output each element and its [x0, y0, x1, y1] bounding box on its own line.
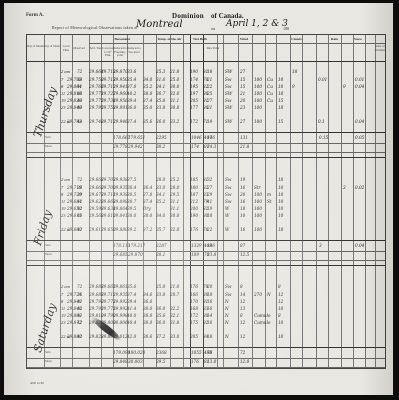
reading-cell: 35.6 — [143, 119, 152, 124]
reading-cell: 29.880 — [113, 227, 128, 232]
header-dew-point: Dew Point — [203, 47, 223, 51]
reading-cell: 27 — [240, 119, 245, 124]
total-cell: 146 — [207, 135, 215, 140]
reading-cell: 29.956 — [113, 98, 128, 103]
total-cell: 29.685 — [113, 252, 128, 257]
reading-cell: 37.4 — [127, 119, 136, 124]
reading-cell: 34 — [77, 77, 82, 82]
reading-cell: 34.0 — [156, 213, 165, 218]
reading-cell: SW — [225, 105, 232, 110]
reading-cell: 12 — [240, 299, 245, 304]
totals-label: Mean — [45, 252, 52, 256]
total-cell: 186 — [207, 243, 215, 248]
reading-cell: 10 — [278, 334, 283, 339]
reading-cell: 8 — [240, 313, 243, 318]
reading-cell: 100 — [254, 199, 262, 204]
reading-cell: 166 — [190, 292, 198, 297]
row-time: 19 — [61, 98, 66, 103]
totals-row-rule — [27, 152, 385, 153]
reading-cell: Cu — [267, 84, 273, 89]
total-cell: 180.020 — [128, 350, 145, 355]
reading-cell: 20 — [240, 192, 245, 197]
reading-cell: 34.1 — [156, 84, 165, 89]
reading-cell: 27 — [240, 69, 245, 74]
total-cell: 174 — [191, 144, 199, 149]
reading-cell: 37.5 — [127, 177, 136, 182]
row-time: 11 — [61, 91, 65, 96]
total-cell: 29.848 — [113, 359, 128, 364]
header-day-of-week: Day of Week — [44, 45, 60, 49]
total-cell: 2287 — [156, 243, 167, 248]
reading-cell: 32 — [207, 177, 212, 182]
reading-cell: 38.4 — [127, 185, 136, 190]
reading-cell: 168 — [190, 306, 198, 311]
reading-cell: 33.0 — [170, 334, 179, 339]
reading-cell: 12 — [240, 334, 245, 339]
reading-cell: 22 — [207, 84, 212, 89]
reading-cell: 205 — [190, 98, 198, 103]
reading-cell: 29.998 — [113, 313, 128, 318]
reading-cell: 38.0 — [143, 91, 152, 96]
total-cell: 29.778 — [113, 144, 128, 149]
reading-cell: 27 — [207, 185, 212, 190]
reading-cell: 29.870 — [113, 69, 128, 74]
reading-cell: N — [225, 334, 229, 339]
reading-cell: 270 — [254, 292, 262, 297]
reading-cell: 10 — [278, 213, 283, 218]
total-cell: 0.15 — [319, 135, 328, 140]
reading-cell: Dry — [143, 206, 151, 211]
reading-cell: 41 — [77, 84, 82, 89]
column-rule — [265, 35, 266, 368]
column-rule — [365, 35, 366, 368]
reading-cell: 29.992 — [113, 306, 128, 311]
reading-cell: 38.0 — [143, 213, 152, 218]
reading-cell: 44 — [77, 105, 82, 110]
reading-cell: 23 — [240, 105, 245, 110]
reading-cell: 35.6 — [127, 284, 136, 289]
reading-cell: 190 — [190, 69, 198, 74]
reading-cell: 19 — [207, 206, 212, 211]
reading-cell: 38 — [77, 185, 82, 190]
reading-cell: 175 — [190, 320, 198, 325]
observation-date: April 1, 2 & 3 — [226, 19, 288, 29]
reading-cell: 31.1 — [170, 98, 179, 103]
column-rule — [252, 35, 253, 368]
reading-cell: Sw — [225, 185, 231, 190]
total-cell: 78 — [207, 350, 212, 355]
reading-cell: Sw — [225, 84, 231, 89]
reading-cell: 21 — [240, 91, 245, 96]
reading-cell: 40.2 — [127, 91, 136, 96]
row-time: 11 — [61, 199, 65, 204]
reading-cell: 41 — [77, 313, 82, 318]
reading-cell: 28.0 — [156, 177, 165, 182]
totals-label: Mean — [45, 359, 52, 363]
reading-cell: Sw — [225, 292, 231, 297]
reading-cell: 35 — [77, 292, 82, 297]
total-cell: 72 — [240, 350, 245, 355]
reading-cell: 37.2 — [156, 334, 165, 339]
reading-cell: Cu — [267, 91, 273, 96]
reading-cell: 35.7 — [156, 227, 165, 232]
reading-cell: 197 — [190, 91, 198, 96]
reading-cell: 36.0 — [156, 306, 165, 311]
total-cell: 29.942 — [128, 144, 143, 149]
reading-cell: 190 — [190, 213, 198, 218]
reading-cell: 44 — [77, 119, 82, 124]
reading-cell: 38.0 — [143, 320, 152, 325]
reading-cell: 38.0 — [127, 213, 136, 218]
total-cell: 38.2 — [156, 144, 165, 149]
reading-cell: 38.0 — [143, 313, 152, 318]
reading-cell: N — [225, 306, 229, 311]
total-cell: 131 — [240, 135, 248, 140]
reading-cell: 9 — [292, 84, 295, 89]
reading-cell: 16 — [240, 199, 245, 204]
reading-cell: 0.04 — [355, 84, 364, 89]
total-cell: 12.0 — [240, 359, 249, 364]
reading-cell: 42 — [77, 206, 82, 211]
header-wind: Wind — [223, 37, 265, 41]
reading-cell: 30.006 — [113, 320, 128, 325]
total-cell: 38.1 — [156, 252, 165, 257]
reading-cell: 29 — [207, 192, 212, 197]
column-rule — [276, 35, 277, 368]
reading-cell: 37.4 — [143, 199, 152, 204]
reading-cell: 34.6 — [143, 292, 152, 297]
reading-cell: 35.0 — [143, 105, 152, 110]
total-cell: 1055 — [191, 350, 202, 355]
reading-cell: 15 — [240, 77, 245, 82]
reading-cell: Sw — [225, 192, 231, 197]
header-snow: Snow — [341, 37, 375, 41]
column-rule — [375, 35, 376, 368]
reading-cell: 40.4 — [127, 320, 136, 325]
reading-cell: 32.1 — [170, 313, 179, 318]
reading-cell: 176 — [190, 227, 198, 232]
reading-cell: 20 — [240, 98, 245, 103]
reading-cell: 35.2 — [143, 84, 152, 89]
day-separator — [27, 265, 385, 266]
reading-cell: 10 — [278, 91, 283, 96]
date-prefix: on — [211, 26, 215, 31]
reading-cell: 29.941 — [113, 84, 128, 89]
reading-cell: W — [225, 213, 229, 218]
total-cell: 1329 — [191, 243, 202, 248]
reading-cell: 3 — [343, 185, 346, 190]
column-rule — [353, 35, 354, 368]
reading-cell: 19 — [240, 177, 245, 182]
reading-cell: 40.0 — [127, 313, 136, 318]
column-rule — [316, 35, 317, 368]
reading-cell: 10 — [278, 306, 283, 311]
row-time: 2 am — [61, 177, 70, 182]
reading-cell: 16 — [207, 299, 212, 304]
observation-table: BarometerTemp. of the AirWet BulbDay of … — [26, 34, 386, 369]
reading-cell: Cu — [267, 77, 273, 82]
reading-cell: N — [225, 320, 229, 325]
total-cell: 21.8 — [240, 144, 249, 149]
total-cell: 2368 — [156, 350, 167, 355]
column-rule — [328, 35, 329, 368]
reading-cell: 18 — [207, 69, 212, 74]
total-cell: 24.3 — [207, 144, 216, 149]
reading-cell: 15 — [278, 119, 283, 124]
reading-cell: 31.6 — [156, 77, 165, 82]
reading-cell: 18 — [207, 213, 212, 218]
reading-cell: Sw — [225, 98, 231, 103]
header-bottom-rule — [27, 61, 385, 62]
reading-cell: 41.4 — [127, 306, 136, 311]
row-time: 8 — [61, 192, 63, 197]
reading-cell: 0.01 — [355, 77, 364, 82]
reading-cell: 174 — [190, 77, 198, 82]
row-time: 8 — [61, 299, 63, 304]
reading-cell: 100 — [254, 84, 262, 89]
total-cell: 3 — [319, 243, 322, 248]
total-cell: 176 — [191, 359, 199, 364]
reading-cell: N — [267, 292, 271, 297]
reading-cell: 100 — [254, 213, 262, 218]
reading-cell: 31.8 — [170, 320, 179, 325]
header-barometer-sub: Reduced to Freezing-point — [113, 47, 127, 58]
reading-cell: Cumulo — [254, 320, 270, 325]
header-day-of-month: Day of Month — [27, 45, 44, 49]
reading-cell: 72 — [77, 284, 82, 289]
reading-cell: SW — [225, 91, 232, 96]
reading-cell: 29.938 — [113, 192, 128, 197]
station-name: Montreal — [136, 19, 183, 30]
reading-cell: 39.5 — [127, 206, 136, 211]
reading-cell: 18 — [207, 292, 212, 297]
header-air-temp: Temp. of the Air — [156, 37, 183, 41]
total-cell: 23.8 — [207, 252, 216, 257]
reading-cell: 18 — [278, 227, 283, 232]
reading-cell: 212 — [190, 199, 198, 204]
totals-label: Mean — [45, 144, 52, 148]
reading-cell: 10 — [278, 84, 283, 89]
reading-cell: 30.0 — [170, 84, 179, 89]
totals-label: Sum — [45, 243, 51, 247]
reading-cell: 32.8 — [170, 227, 179, 232]
reading-cell: 35.8 — [156, 98, 165, 103]
reading-cell: 100 — [254, 119, 262, 124]
reading-cell: 12 — [240, 320, 245, 325]
reading-cell: 19 — [207, 119, 212, 124]
reading-cell: 176 — [190, 284, 198, 289]
reading-cell: St — [267, 199, 272, 204]
reading-cell: 33.8 — [156, 292, 165, 297]
reading-cell: SW — [225, 69, 232, 74]
reading-cell: 37.4 — [143, 98, 152, 103]
reading-cell: 0.01 — [318, 77, 327, 82]
reading-cell: 34.0 — [143, 77, 152, 82]
reading-cell: 25.2 — [170, 177, 179, 182]
reading-cell: m — [267, 192, 271, 197]
reading-cell: 29.935 — [113, 292, 128, 297]
total-cell: 1046 — [191, 135, 202, 140]
reading-cell: 39.4 — [127, 299, 136, 304]
total-cell: 13.0 — [207, 359, 216, 364]
reading-cell: 14 — [207, 313, 212, 318]
row-time: 7 — [61, 77, 63, 82]
reading-cell: 22 — [207, 227, 212, 232]
reading-cell: 10 — [240, 213, 245, 218]
reading-cell: 21 — [207, 105, 212, 110]
reading-cell: Sw — [225, 199, 231, 204]
reading-cell: 180 — [190, 185, 198, 190]
reading-cell: 28.0 — [170, 185, 179, 190]
reading-cell: Sw — [225, 284, 231, 289]
reading-cell: 37.2 — [143, 227, 152, 232]
row-time: 7 — [61, 292, 63, 297]
reading-cell: SW — [225, 119, 232, 124]
reading-cell: 36.0 — [127, 105, 136, 110]
reading-cell: 42.0 — [127, 334, 136, 339]
reading-cell: 28.7 — [170, 292, 179, 297]
column-rule — [302, 35, 303, 368]
reading-cell: 29.992 — [113, 299, 128, 304]
reading-cell: 10 — [278, 199, 283, 204]
reading-cell: 42 — [77, 199, 82, 204]
reading-cell: W — [225, 206, 229, 211]
reading-cell: 18 — [278, 105, 283, 110]
reading-cell: 32.0 — [170, 91, 179, 96]
reading-cell: 44 — [77, 91, 82, 96]
reading-cell: 18 — [292, 69, 297, 74]
header-barometer: Barometer — [89, 37, 156, 41]
reading-cell: 29.938 — [113, 177, 128, 182]
total-cell: 39.5 — [156, 359, 165, 364]
reading-cell: 41 — [77, 299, 82, 304]
reading-cell: 12 — [278, 292, 283, 297]
total-cell: 12.5 — [240, 252, 249, 257]
reading-cell: 40 — [77, 213, 82, 218]
reading-cell: 30.8 — [170, 105, 179, 110]
row-time: 8 — [61, 84, 63, 89]
reading-cell: 27 — [207, 98, 212, 103]
reading-cell: 195 — [190, 84, 198, 89]
reading-cell: 10 — [278, 320, 283, 325]
reading-cell: 38.7 — [127, 199, 136, 204]
reading-cell: Cu — [267, 98, 273, 103]
reading-cell: 72 — [77, 69, 82, 74]
reading-cell: 16 — [207, 306, 212, 311]
reading-cell: 100 — [254, 105, 262, 110]
total-cell: 179.651 — [128, 135, 145, 140]
reading-cell: 36.0 — [143, 299, 152, 304]
row-time: 2 am — [61, 69, 70, 74]
total-cell: 29.870 — [128, 252, 143, 257]
reading-cell: 29.991 — [113, 105, 128, 110]
reading-cell: 31.1 — [170, 206, 179, 211]
reading-cell: 38.5 — [127, 192, 136, 197]
reading-cell: 35.6 — [156, 313, 165, 318]
reading-cell: 25.3 — [156, 69, 165, 74]
reading-cell: 29.935 — [113, 185, 128, 190]
reading-cell: 21.0 — [170, 284, 179, 289]
reading-cell: 25.0 — [170, 77, 179, 82]
reading-cell: 33.6 — [127, 69, 136, 74]
totals-rule — [27, 347, 385, 348]
reading-cell: 29.864 — [113, 206, 128, 211]
reading-cell: 177 — [190, 105, 198, 110]
reading-cell: 10 — [278, 185, 283, 190]
reading-cell: 100 — [254, 227, 262, 232]
reading-cell: 9 — [343, 84, 346, 89]
reading-cell: 18 — [278, 177, 283, 182]
reading-cell: 29.5 — [170, 192, 179, 197]
totals-rule — [27, 132, 385, 133]
reading-cell: W — [225, 227, 229, 232]
header-wet-bulb: Wet Bulb — [183, 37, 217, 41]
reading-cell: 37.0 — [143, 192, 152, 197]
reading-cell: 18 — [207, 334, 212, 339]
row-time: 19 — [61, 206, 66, 211]
reading-cell: 33.0 — [156, 185, 165, 190]
column-rule — [290, 35, 291, 368]
reading-cell: 16 — [240, 227, 245, 232]
reading-cell: 33.2 — [170, 119, 179, 124]
row-time: 23 — [61, 320, 66, 325]
row-time: 23 — [61, 105, 66, 110]
column-rule — [341, 35, 342, 368]
reading-cell: 100 — [254, 192, 262, 197]
print-footer: 4000 12-86 — [30, 381, 44, 385]
reading-cell: 35.4 — [127, 77, 136, 82]
reading-cell: 15 — [240, 84, 245, 89]
reading-cell: 34.1 — [156, 192, 165, 197]
reading-cell: 21.8 — [170, 69, 179, 74]
reading-cell: 100 — [254, 206, 262, 211]
reading-cell: 38.6 — [143, 334, 152, 339]
reading-cell: 100 — [254, 77, 262, 82]
reading-cell: 20 — [207, 284, 212, 289]
total-cell: 179.217 — [128, 243, 145, 248]
reading-cell: 35.2 — [156, 199, 165, 204]
reading-cell: N — [225, 313, 229, 318]
totals-row-rule — [27, 367, 385, 368]
reading-cell: 33.8 — [156, 105, 165, 110]
reading-cell: 170 — [190, 299, 198, 304]
reading-cell: 10 — [278, 206, 283, 211]
reading-cell: N — [225, 299, 229, 304]
reading-cell: 14 — [240, 292, 245, 297]
reading-cell: 185 — [190, 177, 198, 182]
reading-cell: 39 — [77, 192, 82, 197]
reading-cell: 30.8 — [170, 213, 179, 218]
reading-cell: 205 — [190, 334, 198, 339]
reading-cell: 29.841 — [113, 213, 128, 218]
header-local-time: Local Time — [60, 45, 72, 52]
reading-cell: 187 — [190, 192, 198, 197]
day-name-friday: Friday — [31, 209, 55, 247]
reading-cell: 36.0 — [156, 320, 165, 325]
reading-cell: 41 — [207, 199, 212, 204]
reading-cell: 38.0 — [143, 306, 152, 311]
reading-cell: 13 — [240, 306, 245, 311]
reading-cell: 44 — [77, 98, 82, 103]
reading-cell: 0.02 — [355, 185, 364, 190]
reading-cell: 0.1 — [318, 119, 325, 124]
reading-cell: 100 — [254, 91, 262, 96]
total-cell: 30.003 — [128, 359, 143, 364]
form-number: Form A. — [26, 13, 44, 18]
day-name-thursday: Thursday — [31, 85, 60, 139]
header-barometer-sub: Observed — [72, 47, 86, 51]
reading-cell: 36.4 — [143, 185, 152, 190]
